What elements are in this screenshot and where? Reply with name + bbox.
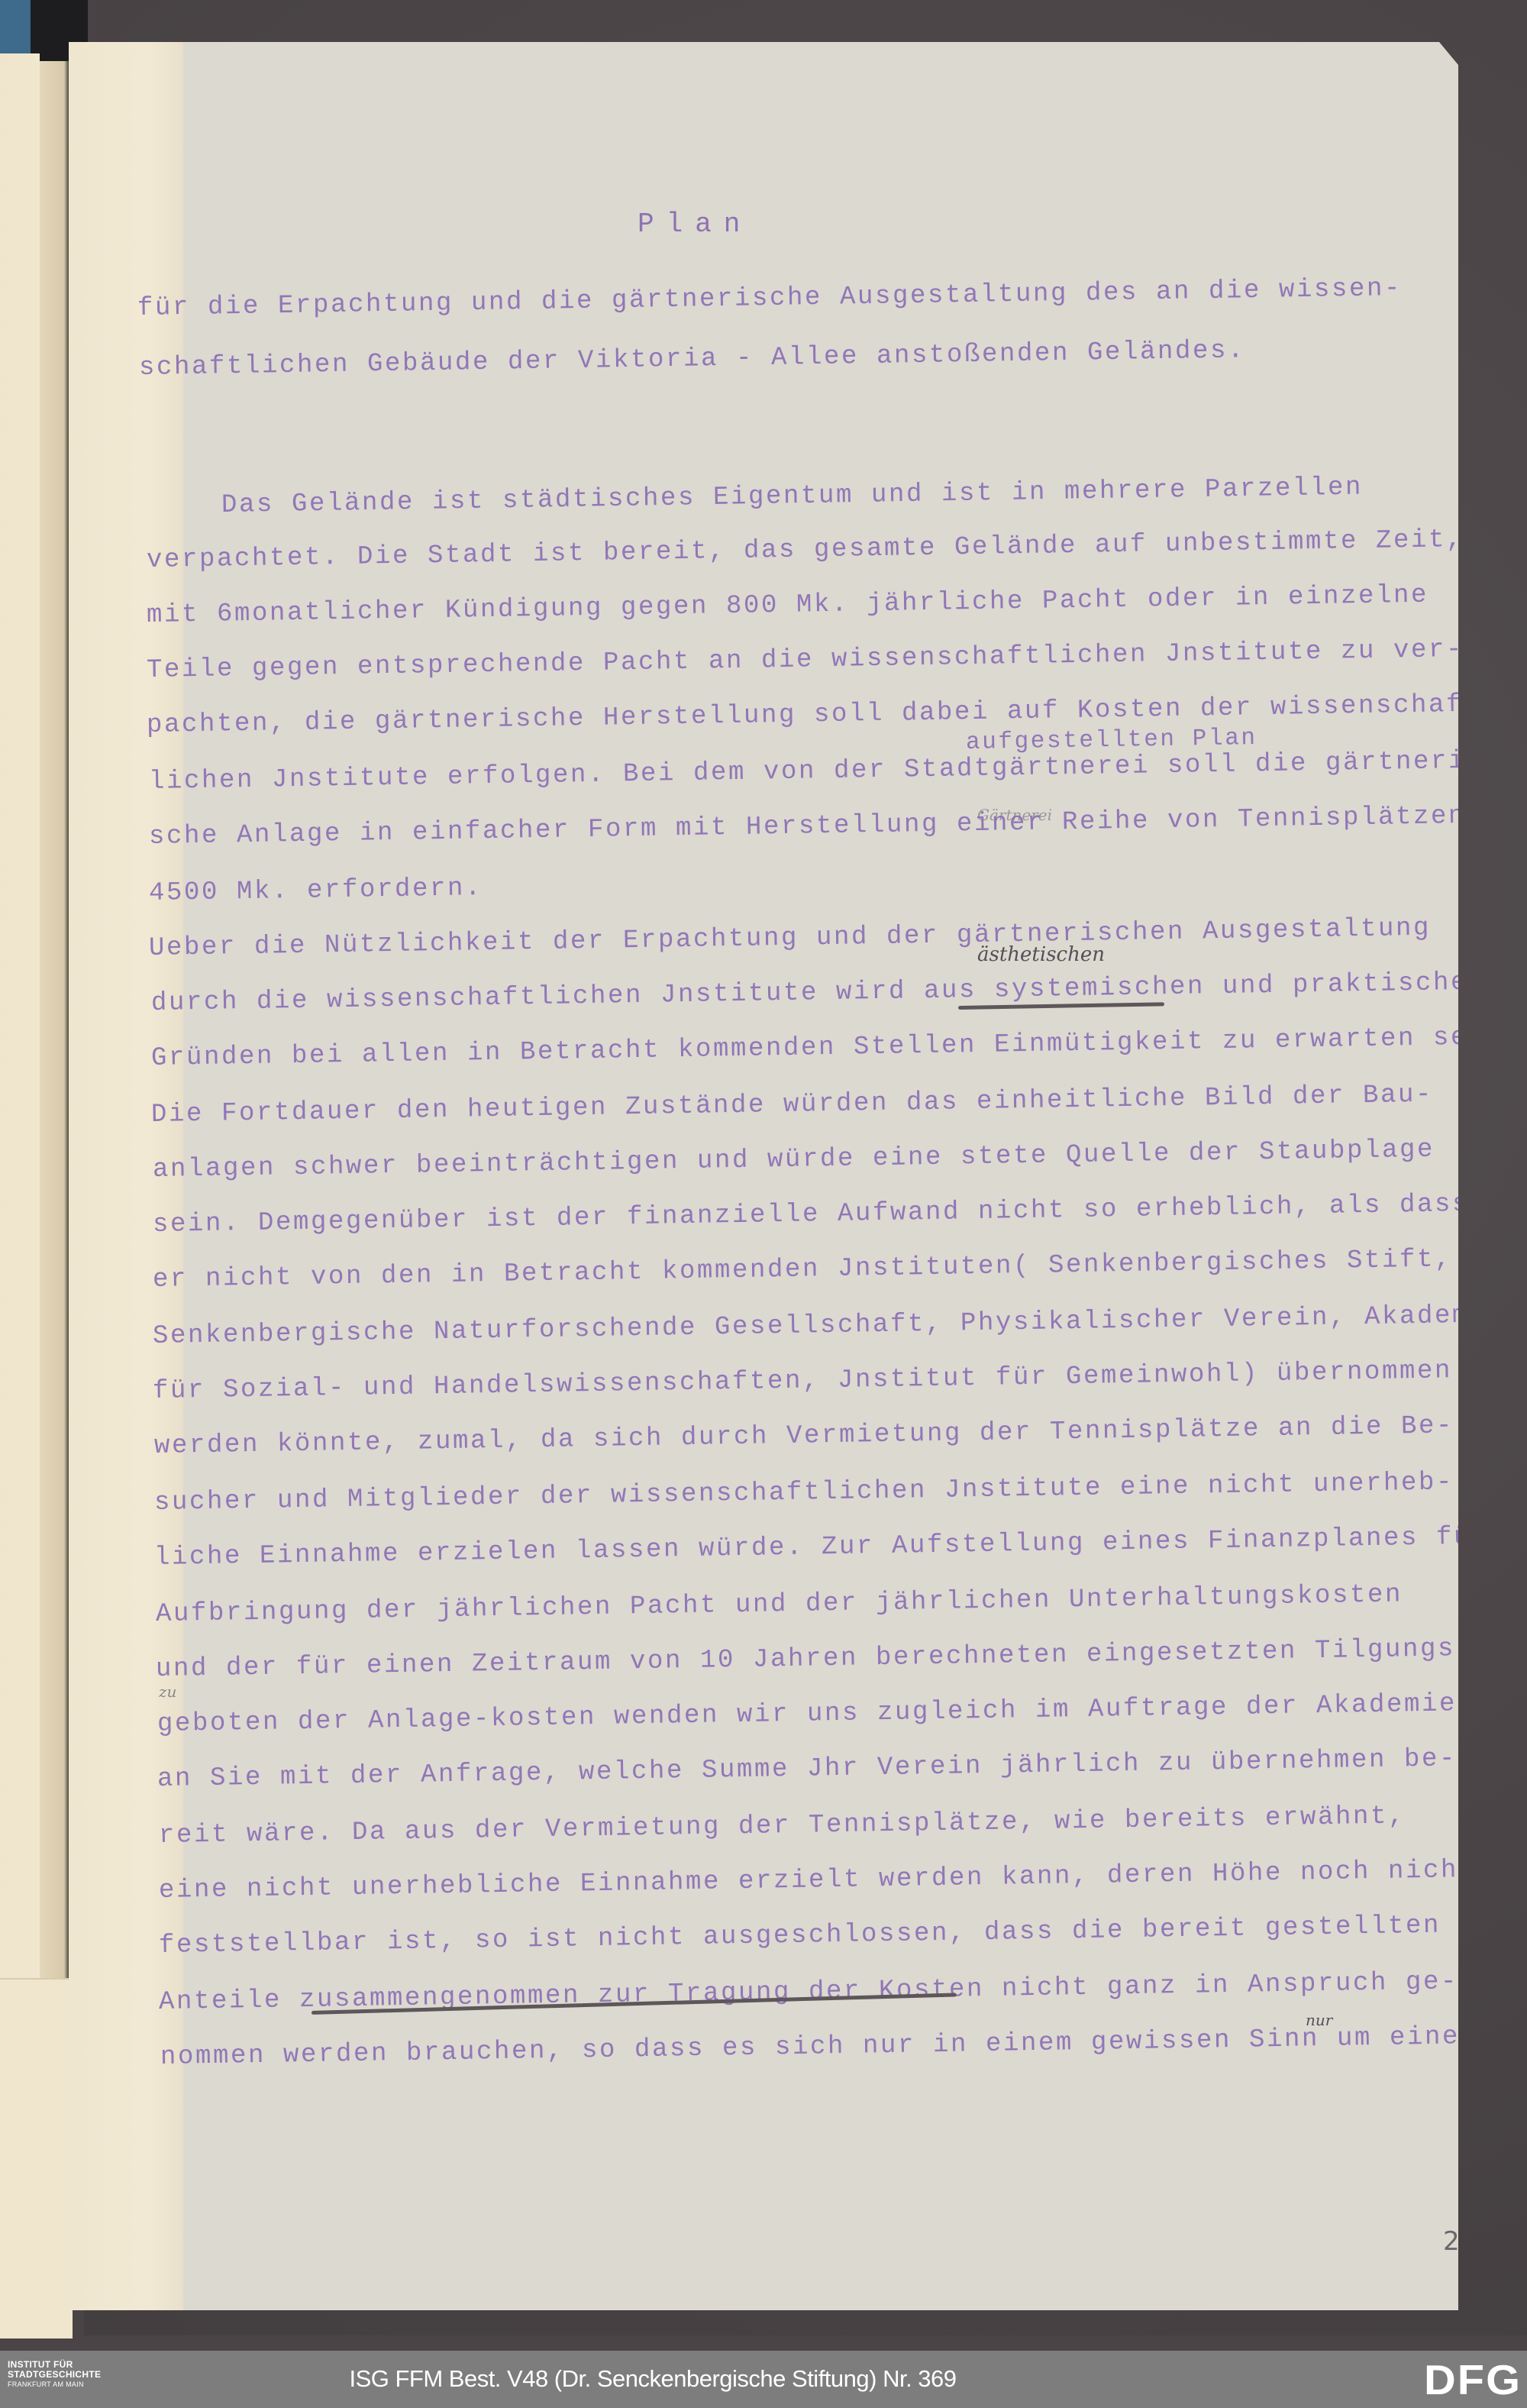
body-line: sucher und Mitglieder der wissenschaftli… <box>154 1468 1454 1518</box>
body-line: pachten, die gärtnerische Herstellung so… <box>147 690 1500 740</box>
underlying-page-lower <box>0 1978 73 2339</box>
subtitle-line: für die Erpachtung und die gärtnerische … <box>137 274 1403 323</box>
body-line: Gründen bei allen in Betracht kommenden … <box>151 1023 1504 1073</box>
body-line: durch die wissenschaftlichen Jnstitute w… <box>151 968 1487 1018</box>
page-number: 2 <box>1443 2226 1460 2257</box>
body-line: für Sozial- und Handelswissenschaften, J… <box>153 1356 1453 1406</box>
footer-bar: INSTITUT FÜR STADTGESCHICHTE FRANKFURT A… <box>0 2351 1527 2408</box>
body-line: sche Anlage in einfacher Form mit Herste… <box>149 802 1467 852</box>
body-line: liche Einnahme erzielen lassen würde. Zu… <box>154 1523 1490 1572</box>
body-line: werden könnte, zumal, da sich durch Verm… <box>154 1411 1454 1461</box>
body-line: Die Fortdauer den heutigen Zustände würd… <box>151 1081 1434 1130</box>
ink-annotation: zu <box>159 1682 176 1701</box>
body-line: er nicht von den in Betracht kommenden J… <box>153 1245 1453 1295</box>
body-line: Aufbringung der jährlichen Pacht und der… <box>156 1580 1403 1629</box>
body-line: und der für einen Zeitraum von 10 Jahren… <box>156 1634 1474 1684</box>
body-line: nommen werden brauchen, so dass es sich … <box>160 2022 1461 2072</box>
body-line: anlagen schwer beeinträchtigen und würde… <box>153 1136 1435 1185</box>
body-line: sein. Demgegenüber ist der finanzielle A… <box>153 1190 1471 1240</box>
dfg-logo: DFG <box>1424 2360 1522 2400</box>
body-line: verpachtet. Die Stadt ist bereit, das ge… <box>147 525 1464 575</box>
body-line: an Sie mit der Anfrage, welche Summe Jhr… <box>157 1744 1458 1794</box>
body-line: Ueber die Nützlichkeit der Erpachtung un… <box>149 914 1432 963</box>
document-sheet: Plan für die Erpachtung und die gärtneri… <box>69 42 1458 2310</box>
ink-annotation: ästhetischen <box>977 943 1105 966</box>
body-line: feststellbar ist, so ist nicht ausgeschl… <box>159 1912 1441 1960</box>
body-line: 4500 Mk. erfordern. <box>149 874 483 908</box>
body-line: lichen Jnstitute erfolgen. Bei dem von d… <box>149 747 1484 797</box>
page-content: Plan für die Erpachtung und die gärtneri… <box>69 42 1458 2310</box>
archive-caption: ISG FFM Best. V48 (Dr. Senckenbergische … <box>0 2365 1416 2393</box>
body-line: eine nicht unerhebliche Einnahme erzielt… <box>159 1856 1477 1905</box>
body-line: Senkenbergische Naturforschende Gesellsc… <box>153 1301 1506 1351</box>
body-line: geboten der Anlage-kosten wenden wir uns… <box>157 1689 1458 1739</box>
body-line: Das Gelände ist städtisches Eigentum und… <box>221 474 1364 520</box>
document-title: Plan <box>638 208 752 240</box>
body-line: reit wäre. Da aus der Vermietung der Ten… <box>159 1802 1406 1850</box>
body-line: mit 6monatlicher Kündigung gegen 800 Mk.… <box>147 581 1429 630</box>
subtitle-line: schaftlichen Gebäude der Viktoria - Alle… <box>139 336 1246 383</box>
body-line: Teile gegen entsprechende Pacht an die w… <box>147 635 1464 685</box>
